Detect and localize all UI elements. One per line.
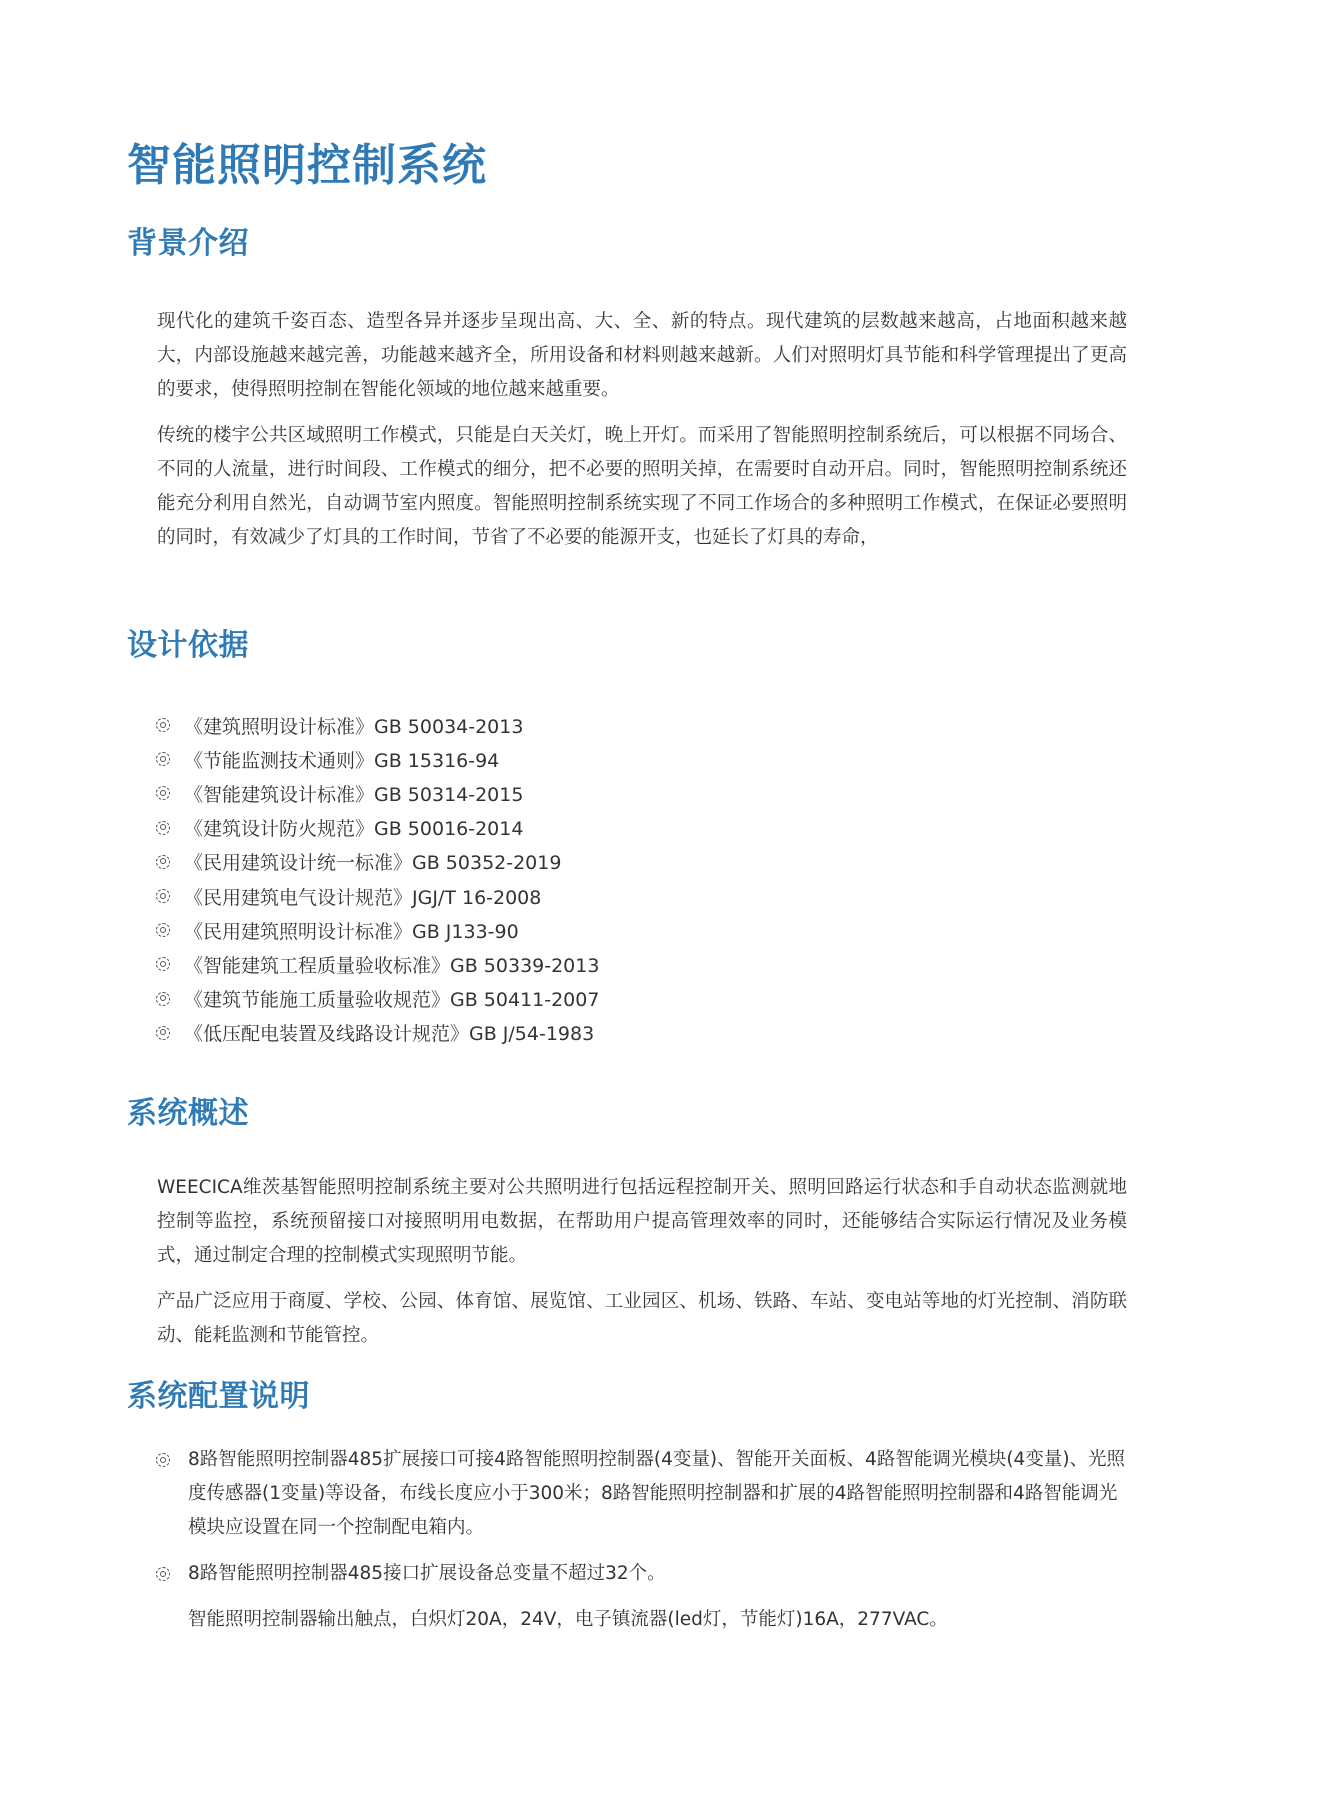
overview-paragraph-1: WEECICA维茨基智能照明控制系统主要对公共照明进行包括远程控制开关、照明回路…: [157, 1171, 1127, 1273]
dashed-circle-bullet-icon: [156, 786, 170, 800]
list-item: 《民用建筑电气设计规范》JGJ/T 16-2008: [150, 879, 599, 913]
section-heading-design-basis: 设计依据: [127, 626, 249, 666]
dashed-circle-bullet-icon: [156, 1026, 170, 1040]
dashed-circle-bullet-icon: [156, 992, 170, 1006]
dashed-circle-bullet-icon: [156, 889, 170, 903]
standard-text: 《节能监测技术通则》GB 15316-94: [184, 746, 499, 773]
config-text: 8路智能照明控制器485扩展接口可接4路智能照明控制器(4变量)、智能开关面板、…: [188, 1449, 1125, 1538]
dashed-circle-bullet-icon: [156, 752, 170, 766]
list-item: 《智能建筑设计标准》GB 50314-2015: [150, 776, 599, 810]
config-text: 8路智能照明控制器485接口扩展设备总变量不超过32个。: [188, 1563, 666, 1584]
list-item: 《建筑节能施工质量验收规范》GB 50411-2007: [150, 982, 599, 1016]
list-item: 《建筑设计防火规范》GB 50016-2014: [150, 811, 599, 845]
document-page: 智能照明控制系统 背景介绍 现代化的建筑千姿百态、造型各异并逐步呈现出高、大、全…: [0, 0, 1323, 1795]
dashed-circle-bullet-icon: [156, 1453, 170, 1467]
list-item: 8路智能照明控制器485扩展接口可接4路智能照明控制器(4变量)、智能开关面板、…: [150, 1443, 1130, 1545]
dashed-circle-bullet-icon: [156, 718, 170, 732]
section-heading-configuration: 系统配置说明: [127, 1377, 310, 1417]
standard-text: 《智能建筑设计标准》GB 50314-2015: [184, 780, 523, 807]
list-item: 《民用建筑设计统一标准》GB 50352-2019: [150, 845, 599, 879]
list-item: 8路智能照明控制器485接口扩展设备总变量不超过32个。: [150, 1557, 1130, 1591]
dashed-circle-bullet-icon: [156, 923, 170, 937]
standard-text: 《智能建筑工程质量验收标准》GB 50339-2013: [184, 951, 599, 978]
section-heading-overview: 系统概述: [127, 1094, 249, 1134]
list-item: 《智能建筑工程质量验收标准》GB 50339-2013: [150, 947, 599, 981]
standard-text: 《民用建筑照明设计标准》GB J133-90: [184, 917, 519, 944]
configuration-note: 智能照明控制器输出触点，白炽灯20A，24V，电子镇流器(led灯，节能灯)16…: [188, 1603, 948, 1637]
list-item: 《建筑照明设计标准》GB 50034-2013: [150, 708, 599, 742]
list-item: 《低压配电装置及线路设计规范》GB J/54-1983: [150, 1016, 599, 1050]
section-heading-background: 背景介绍: [127, 224, 249, 264]
background-paragraph-1: 现代化的建筑千姿百态、造型各异并逐步呈现出高、大、全、新的特点。现代建筑的层数越…: [157, 305, 1127, 407]
page-title: 智能照明控制系统: [127, 138, 487, 194]
standard-text: 《建筑照明设计标准》GB 50034-2013: [184, 712, 523, 739]
list-item: 《民用建筑照明设计标准》GB J133-90: [150, 913, 599, 947]
standard-text: 《建筑节能施工质量验收规范》GB 50411-2007: [184, 985, 599, 1012]
dashed-circle-bullet-icon: [156, 855, 170, 869]
dashed-circle-bullet-icon: [156, 1567, 170, 1581]
list-item: 《节能监测技术通则》GB 15316-94: [150, 742, 599, 776]
standards-list: 《建筑照明设计标准》GB 50034-2013 《节能监测技术通则》GB 153…: [150, 708, 599, 1050]
overview-paragraph-2: 产品广泛应用于商厦、学校、公园、体育馆、展览馆、工业园区、机场、铁路、车站、变电…: [157, 1285, 1127, 1353]
background-paragraph-2: 传统的楼宇公共区域照明工作模式，只能是白天关灯，晚上开灯。而采用了智能照明控制系…: [157, 419, 1127, 555]
standard-text: 《民用建筑电气设计规范》JGJ/T 16-2008: [184, 883, 541, 910]
dashed-circle-bullet-icon: [156, 957, 170, 971]
standard-text: 《低压配电装置及线路设计规范》GB J/54-1983: [184, 1019, 594, 1046]
standard-text: 《民用建筑设计统一标准》GB 50352-2019: [184, 848, 561, 875]
configuration-list: 8路智能照明控制器485扩展接口可接4路智能照明控制器(4变量)、智能开关面板、…: [150, 1443, 1130, 1603]
standard-text: 《建筑设计防火规范》GB 50016-2014: [184, 814, 523, 841]
dashed-circle-bullet-icon: [156, 821, 170, 835]
